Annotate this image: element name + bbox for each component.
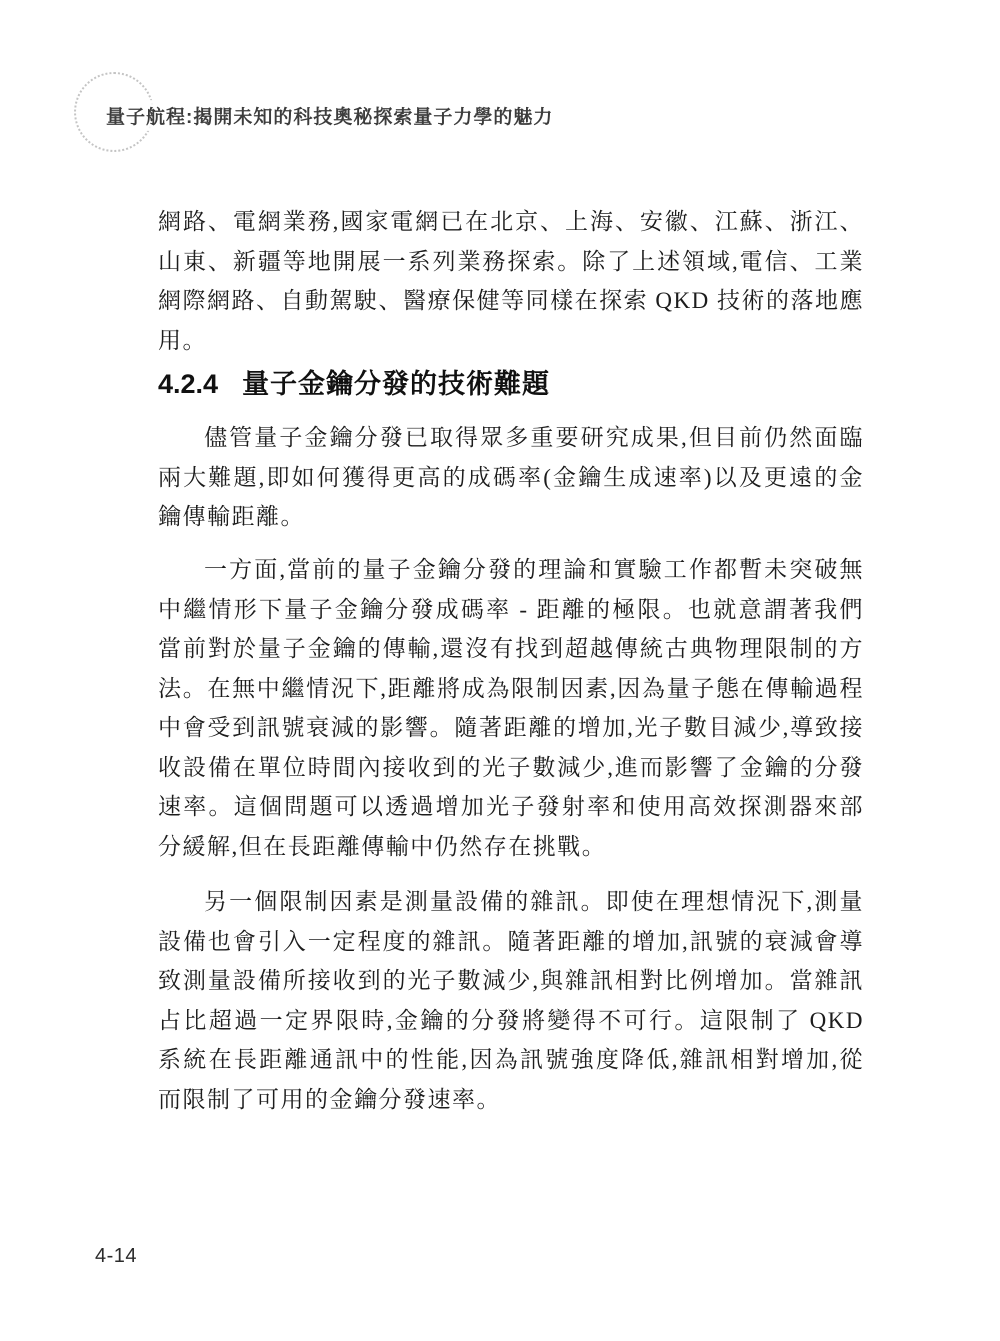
body-paragraph-continuation: 網路、電網業務,國家電網已在北京、上海、安徽、江蘇、浙江、山東、新疆等地開展一系… <box>158 202 864 360</box>
body-paragraph-distance-limit: 一方面,當前的量子金鑰分發的理論和實驗工作都暫未突破無中繼情形下量子金鑰分發成碼… <box>158 550 864 866</box>
section-heading-number: 4.2.4 <box>158 369 218 400</box>
section-heading: 4.2.4量子金鑰分發的技術難題 <box>158 362 550 401</box>
page-number: 4-14 <box>95 1245 137 1268</box>
body-paragraph-noise-limit: 另一個限制因素是測量設備的雜訊。即使在理想情況下,測量設備也會引入一定程度的雜訊… <box>158 882 864 1119</box>
body-paragraph-intro: 儘管量子金鑰分發已取得眾多重要研究成果,但目前仍然面臨兩大難題,即如何獲得更高的… <box>158 418 864 537</box>
running-header-title: 量子航程:揭開未知的科技奧秘探索量子力學的魅力 <box>106 100 557 131</box>
page-header: 量子航程:揭開未知的科技奧秘探索量子力學的魅力 <box>0 0 1000 170</box>
section-heading-title: 量子金鑰分發的技術難題 <box>242 369 550 399</box>
